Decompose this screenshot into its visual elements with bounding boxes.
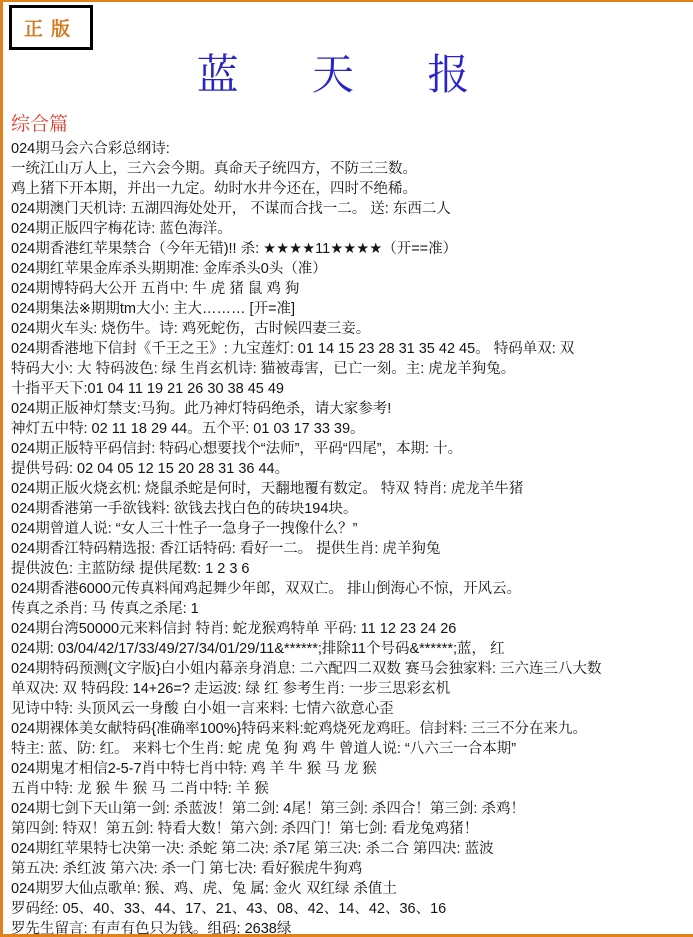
text-line: 024期台湾50000元来料信封 特肖: 蛇龙猴鸡特单 平码: 11 12 23… bbox=[11, 619, 691, 639]
text-line: 024期七剑下天山第一剑: 杀蓝波！第二剑: 4尾！第三剑: 杀四合！第三剑: … bbox=[11, 799, 691, 819]
text-line: 第四剑: 特双！第五剑: 特看大数！第六剑: 杀四门！第七剑: 看龙兔鸡猪！ bbox=[11, 819, 691, 839]
text-line: 024期火车头: 烧伤牛。诗: 鸡死蛇伤，古时候四妻三妾。 bbox=[11, 319, 691, 339]
text-line: 特主: 蓝、防: 红。 来料七个生肖: 蛇 虎 兔 狗 鸡 牛 曾道人说: “八… bbox=[11, 739, 691, 759]
text-line: 024期鬼才相信2-5-7肖中特七肖中特: 鸡 羊 牛 猴 马 龙 猴 bbox=[11, 759, 691, 779]
text-line: 024期罗大仙点歌单: 猴、鸡、虎、兔 属: 金火 双红绿 杀值土 bbox=[11, 879, 691, 899]
text-line: 024期正版神灯禁支:马狗。此乃神灯特码绝杀，请大家参考! bbox=[11, 399, 691, 419]
text-line: 024期澳门天机诗: 五湖四海处处开， 不谋而合找一二。 送: 东西二人 bbox=[11, 199, 691, 219]
text-line: 罗码经: 05、40、33、44、17、21、43、08、42、14、42、36… bbox=[11, 899, 691, 919]
text-line: 见诗中特: 头顶风云一身酸 白小姐一言来料: 七情六欲意心歪 bbox=[11, 699, 691, 719]
text-line: 024期红苹果金库杀头期期准: 金库杀头0头（准） bbox=[11, 259, 691, 279]
text-line: 024期博特码大公开 五肖中: 牛 虎 猪 鼠 鸡 狗 bbox=[11, 279, 691, 299]
text-line: 024期特码预测{文字版}白小姐内幕亲身消息: 二六配四二双数 赛马会独家料: … bbox=[11, 659, 691, 679]
text-line: 024期香江特码精选报: 香江话特码: 看好一二。 提供生肖: 虎羊狗兔 bbox=[11, 539, 691, 559]
text-line: 024期裸体美女献特码{准确率100%}特码来料:蛇鸡烧死龙鸡旺。信封料: 三三… bbox=[11, 719, 691, 739]
text-line: 特码大小: 大 特码波色: 绿 生肖玄机诗: 猫被毒害，已亡一刻。主: 虎龙羊狗… bbox=[11, 359, 691, 379]
text-line: 024期集法※期期tm大小: 主大……… [开=准] bbox=[11, 299, 691, 319]
text-line: 第五决: 杀红波 第六决: 杀一门 第七决: 看好猴虎牛狗鸡 bbox=[11, 859, 691, 879]
text-line: 单双决: 双 特码段: 14+26=? 走运波: 绿 红 参考生肖: 一步三思彩… bbox=[11, 679, 691, 699]
text-line: 罗先生留言: 有声有色只为钱。组码: 2638绿 bbox=[11, 919, 691, 937]
body-lines: 024期马会六合彩总纲诗:一统江山万人上，三六会今期。真命天子统四方，不防三三数… bbox=[11, 139, 691, 937]
text-line: 024期马会六合彩总纲诗: bbox=[11, 139, 691, 159]
text-line: 鸡上猪下开本期，并出一九定。幼时水井今还在，四时不绝稀。 bbox=[11, 179, 691, 199]
text-line: 一统江山万人上，三六会今期。真命天子统四方，不防三三数。 bbox=[11, 159, 691, 179]
text-line: 024期曾道人说: “女人三十性子一急身子一拽像什么？” bbox=[11, 519, 691, 539]
text-line: 提供波色: 主蓝防绿 提供尾数: 1 2 3 6 bbox=[11, 559, 691, 579]
text-line: 神灯五中特: 02 11 18 29 44。五个平: 01 03 17 33 3… bbox=[11, 419, 691, 439]
text-line: 024期红苹果特七决第一决: 杀蛇 第二决: 杀7尾 第三决: 杀二合 第四决:… bbox=[11, 839, 691, 859]
page-title: 蓝 天 报 bbox=[3, 42, 693, 102]
text-line: 024期香港红苹果禁合（今年无错)!! 杀: ★★★★11★★★★（开==准） bbox=[11, 239, 691, 259]
section-heading: 综合篇 bbox=[11, 109, 68, 136]
text-line: 十指平天下:01 04 11 19 21 26 30 38 45 49 bbox=[11, 379, 691, 399]
text-line: 024期香港地下信封《千王之王》: 九宝莲灯: 01 14 15 23 28 3… bbox=[11, 339, 691, 359]
text-line: 传真之杀肖: 马 传真之杀尾: 1 bbox=[11, 599, 691, 619]
text-line: 024期正版特平码信封: 特码心想要找个“法师”，平码“四尾”，本期: 十。 bbox=[11, 439, 691, 459]
text-line: 024期香港第一手欲钱料: 欲钱去找白色的砖块194块。 bbox=[11, 499, 691, 519]
text-line: 024期: 03/04/42/17/33/49/27/34/01/29/11&*… bbox=[11, 639, 691, 659]
text-line: 五肖中特: 龙 猴 牛 猴 马 二肖中特: 羊 猴 bbox=[11, 779, 691, 799]
newspaper-page: 正版 蓝 天 报 综合篇 024期马会六合彩总纲诗:一统江山万人上，三六会今期。… bbox=[0, 0, 693, 937]
text-line: 024期香港6000元传真料闻鸡起舞少年郎，双双亡。 排山倒海心不惊，开风云。 bbox=[11, 579, 691, 599]
text-line: 提供号码: 02 04 05 12 15 20 28 31 36 44。 bbox=[11, 459, 691, 479]
text-line: 024期正版四字梅花诗: 蓝色海洋。 bbox=[11, 219, 691, 239]
text-line: 024期正版火烧玄机: 烧鼠杀蛇是何时，天翻地覆有数定。 特双 特肖: 虎龙羊牛… bbox=[11, 479, 691, 499]
